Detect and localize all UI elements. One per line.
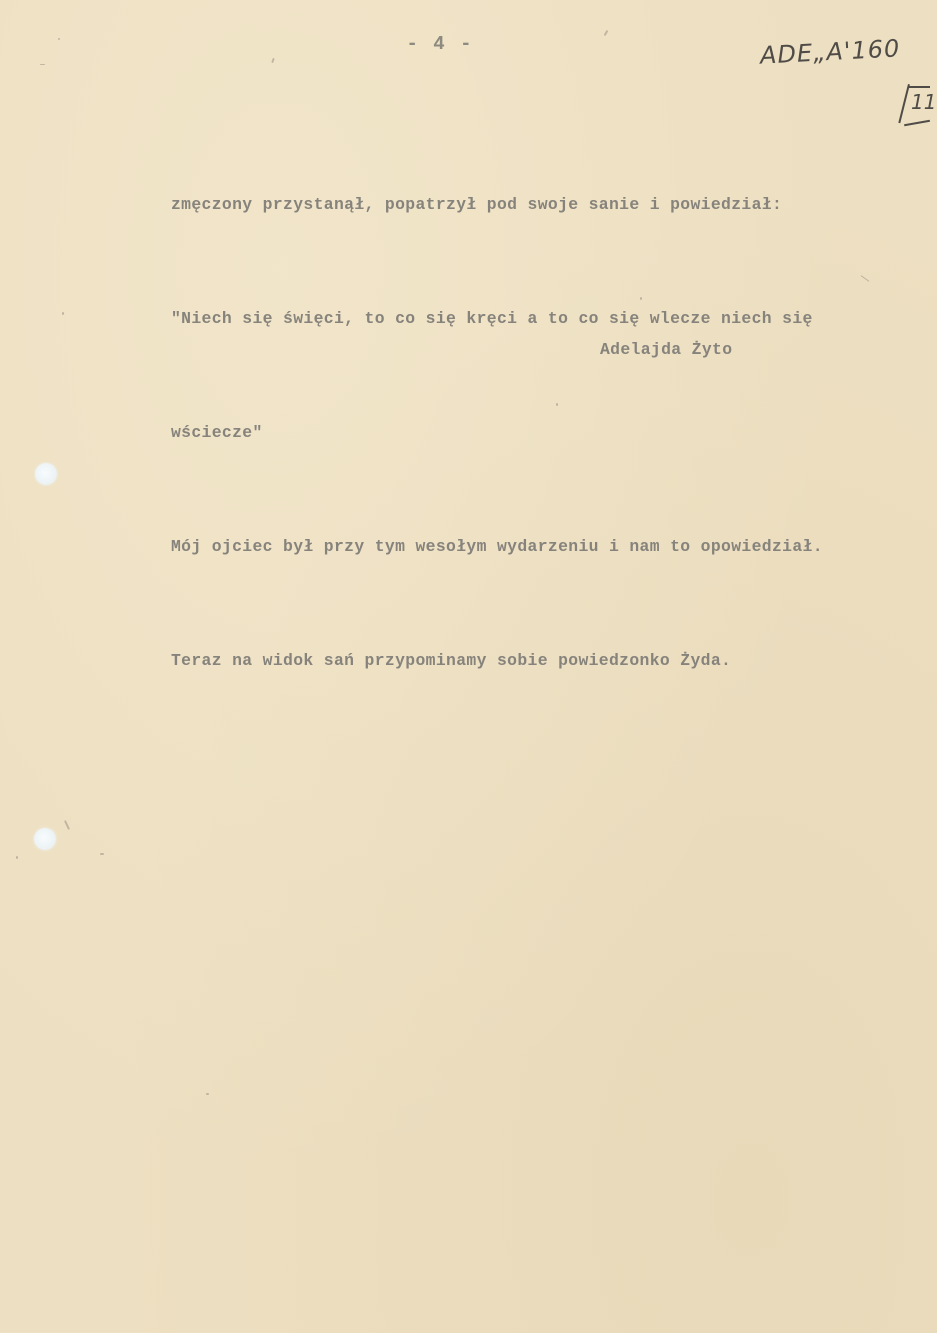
- paper-speck: [58, 38, 60, 40]
- paper-speck: [556, 403, 558, 406]
- page-number: - 4 -: [0, 33, 880, 55]
- author-signature: Adelajda Żyto: [600, 340, 732, 359]
- body-line: Mój ojciec był przy tym wesołym wydarzen…: [171, 528, 931, 566]
- punch-hole-bottom: [34, 828, 56, 850]
- handwritten-archive-signature: ADE„A'160: [759, 34, 901, 69]
- body-line: zmęczony przystanął, popatrzył pod swoje…: [171, 186, 931, 224]
- typewritten-body: zmęczony przystanął, popatrzył pod swoje…: [171, 110, 931, 756]
- folio-top-stroke: [908, 86, 930, 88]
- paper-speck: [40, 64, 45, 65]
- body-line: Teraz na widok sań przypominamy sobie po…: [171, 642, 931, 680]
- punch-hole-top: [35, 463, 57, 485]
- body-line: wściecze": [171, 414, 931, 452]
- paper-speck: [100, 853, 104, 855]
- paper-speck: [206, 1093, 209, 1095]
- paper-speck: [16, 856, 18, 859]
- paper-speck: [64, 820, 70, 830]
- scanned-document-page: - 4 - ADE„A'160 11 zmęczony przystanął, …: [0, 0, 937, 1333]
- paper-speck: [640, 297, 642, 300]
- paper-speck: [62, 312, 64, 315]
- body-line: "Niech się święci, to co się kręci a to …: [171, 300, 931, 338]
- paper-speck: [271, 58, 275, 63]
